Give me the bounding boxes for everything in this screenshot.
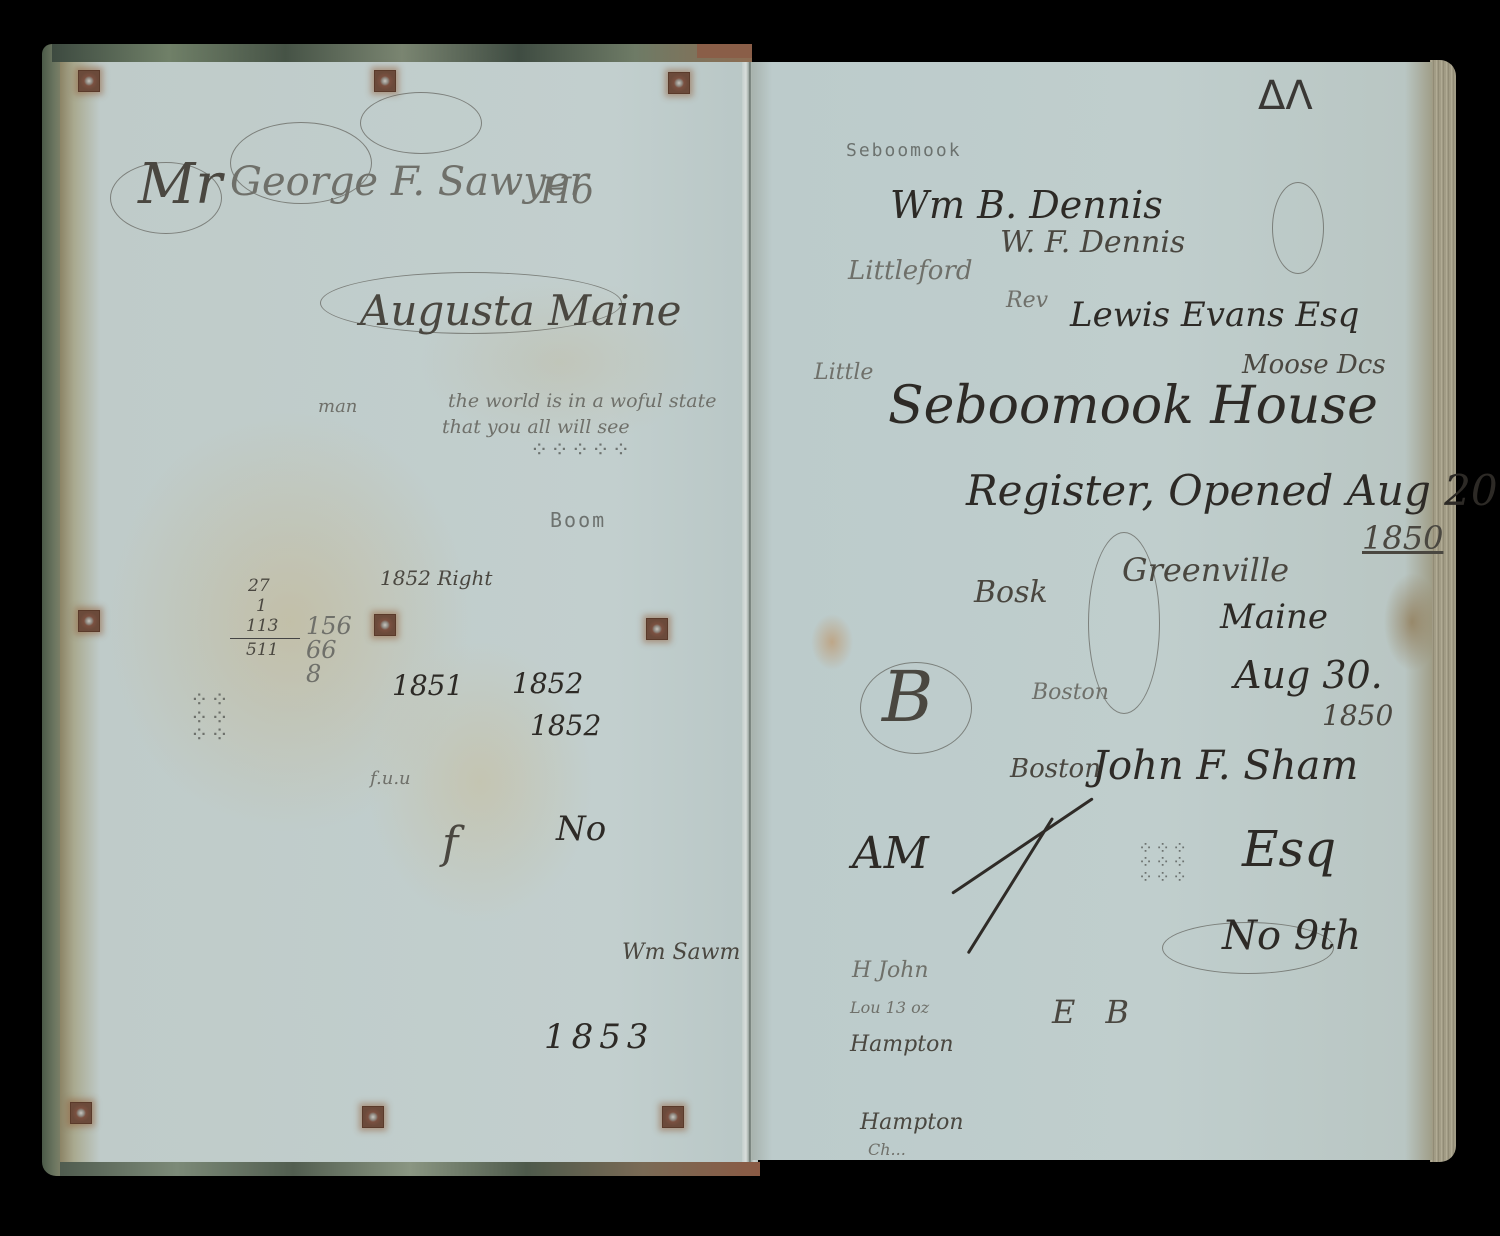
initials-eb: E B bbox=[1052, 996, 1139, 1028]
tack-icon bbox=[646, 618, 668, 640]
page-block-fore-edge bbox=[1430, 60, 1456, 1162]
monogram-b: B bbox=[882, 662, 933, 732]
page-mark: ΔΛ bbox=[1258, 76, 1313, 116]
moose-note: Moose Dcs bbox=[1242, 352, 1386, 378]
line-lewis-evans: Lewis Evans Esq bbox=[1070, 298, 1359, 332]
town-prefix: Bosk bbox=[974, 578, 1048, 608]
boston-prefix: Boston bbox=[1010, 756, 1101, 782]
no-9th: No 9th bbox=[1222, 916, 1361, 956]
left-page: Mr George F. Sawyer Ho Augusta Maine man… bbox=[60, 62, 750, 1162]
note-line-1: the world is in a woful state bbox=[448, 392, 717, 411]
margin-note: man bbox=[318, 398, 357, 416]
place-augusta-maine: Augusta Maine bbox=[360, 290, 682, 332]
year-1852-a: 1852 bbox=[512, 670, 583, 698]
hotel-name: Seboomook House bbox=[888, 380, 1378, 432]
flourish-suffix: Ho bbox=[540, 174, 593, 210]
leather-spine-strip bbox=[697, 44, 752, 58]
town-greenville: Greenville bbox=[1122, 554, 1289, 586]
tack-icon bbox=[668, 72, 690, 94]
bottom-left-4: Hampton bbox=[860, 1112, 964, 1134]
register-year: 1850 bbox=[1362, 522, 1443, 554]
bottom-left-3: Hampton bbox=[850, 1034, 954, 1056]
sum-c: 113 bbox=[246, 618, 278, 635]
signature-bottom: Wm Sawm bbox=[622, 942, 740, 964]
right-page: ΔΛ Seboomook Wm B. Dennis W. F. Dennis L… bbox=[752, 62, 1432, 1160]
side-place-littleford: Littleford bbox=[848, 258, 973, 284]
side-place-little: Little bbox=[814, 362, 873, 384]
pen-stroke bbox=[951, 797, 1094, 895]
cover-top-edge bbox=[52, 44, 752, 62]
bottom-left-2: Lou 13 oz bbox=[850, 1000, 929, 1016]
open-register-book: Mr George F. Sawyer Ho Augusta Maine man… bbox=[42, 44, 1458, 1176]
flourish-loop bbox=[1272, 182, 1324, 274]
letters-no: No bbox=[556, 812, 606, 846]
sum-total: 511 bbox=[246, 642, 278, 659]
title-esq: Esq bbox=[1242, 824, 1336, 874]
pinprick-word: Boom bbox=[550, 510, 606, 530]
faint-prefix: Rev bbox=[1006, 290, 1048, 312]
register-title: Register, Opened Aug 20th bbox=[966, 470, 1500, 512]
initials-am: AM bbox=[852, 832, 929, 876]
sum-b: 1 bbox=[256, 598, 267, 615]
cover-bottom-edge bbox=[60, 1162, 760, 1176]
letter-f: f bbox=[442, 822, 458, 866]
pinprick-grid: ⁘⁘⁘ ⁘⁘⁘ ⁘⁘⁘ bbox=[1138, 842, 1198, 885]
year-1850-b: 1850 bbox=[1322, 702, 1393, 730]
tack-icon bbox=[362, 1106, 384, 1128]
year-1853: 1853 bbox=[544, 1020, 655, 1054]
pinprick-pattern: ⁘⁘⁘⁘⁘ bbox=[530, 440, 632, 462]
bottom-left-5: Ch... bbox=[868, 1142, 906, 1158]
guest-name-1: Wm B. Dennis bbox=[890, 186, 1163, 224]
flourish-name: George F. Sawyer bbox=[230, 162, 589, 202]
tack-icon bbox=[70, 1102, 92, 1124]
tack-icon bbox=[78, 610, 100, 632]
pinprick-figure: ⁘⁘ ⁘⁘ ⁘⁘ bbox=[190, 692, 230, 745]
tack-icon bbox=[78, 70, 100, 92]
scribble-fuu: f.u.u bbox=[370, 770, 411, 788]
signature-john-sham: John F. Sham bbox=[1092, 746, 1358, 786]
sum-a: 27 bbox=[248, 578, 270, 595]
bottom-left-1: H John bbox=[852, 960, 929, 982]
tack-icon bbox=[374, 70, 396, 92]
year-right: 1852 Right bbox=[380, 568, 492, 588]
state-maine: Maine bbox=[1220, 600, 1328, 634]
tack-icon bbox=[662, 1106, 684, 1128]
faint-boston: Boston bbox=[1032, 682, 1109, 704]
flourish-mr: Mr bbox=[138, 157, 222, 213]
note-line-2: that you all will see bbox=[442, 418, 630, 437]
year-1852-b: 1852 bbox=[530, 712, 601, 740]
sum-line bbox=[230, 638, 300, 639]
tack-icon bbox=[374, 614, 396, 636]
flourish-loop bbox=[360, 92, 482, 154]
pencil-numbers: 156 66 8 bbox=[306, 614, 336, 686]
pen-stroke bbox=[967, 817, 1054, 954]
guest-name-2: W. F. Dennis bbox=[1000, 228, 1185, 258]
date-aug-30: Aug 30. bbox=[1234, 656, 1383, 694]
year-1851: 1851 bbox=[392, 672, 463, 700]
pinprick-seboomook: Seboomook bbox=[846, 142, 962, 160]
